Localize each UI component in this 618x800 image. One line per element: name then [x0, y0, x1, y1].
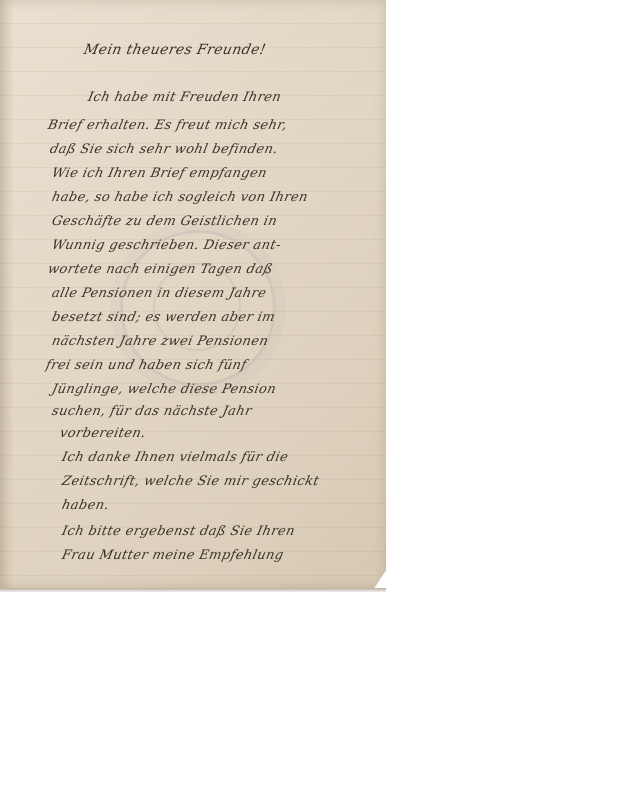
letter-line: Ich danke Ihnen vielmals für die [60, 450, 289, 465]
letter-line: Ich habe mit Freuden Ihren [86, 90, 282, 105]
letter-line: Ich bitte ergebenst daß Sie Ihren [60, 524, 296, 539]
letter-line: Frau Mutter meine Empfehlung [60, 548, 285, 563]
letter-line: Geschäfte zu dem Geistlichen in [50, 214, 278, 229]
letter-line: nächsten Jahre zwei Pensionen [50, 334, 269, 349]
letter-line: Wie ich Ihren Brief empfangen [50, 166, 268, 181]
letter-line: suchen, für das nächste Jahr [50, 404, 253, 419]
letter-line: Zeitschrift, welche Sie mir geschickt [60, 474, 320, 489]
letter-line: vorbereiten. [58, 426, 147, 441]
letter-line: Wunnig geschrieben. Dieser ant- [50, 238, 282, 253]
letter-line: Jünglinge, welche diese Pension [50, 382, 277, 397]
letter-line: wortete nach einigen Tagen daß [46, 262, 274, 277]
letter-salutation: Mein theueres Freunde! [82, 42, 267, 58]
page-edge-shadow [0, 0, 14, 588]
letter-line: haben. [60, 498, 110, 513]
letter-line: habe, so habe ich sogleich von Ihren [50, 190, 309, 205]
letter-line: alle Pensionen in diesem Jahre [50, 286, 267, 301]
letter-line: frei sein und haben sich fünf [44, 358, 248, 373]
letter-line: besetzt sind; es werden aber im [50, 310, 276, 325]
letter-line: daß Sie sich sehr wohl befinden. [48, 142, 279, 157]
page-bottom-edge [0, 588, 386, 592]
letter-line: Brief erhalten. Es freut mich sehr, [46, 118, 288, 133]
letter-page: Mein theueres Freunde! Ich habe mit Freu… [0, 0, 386, 588]
